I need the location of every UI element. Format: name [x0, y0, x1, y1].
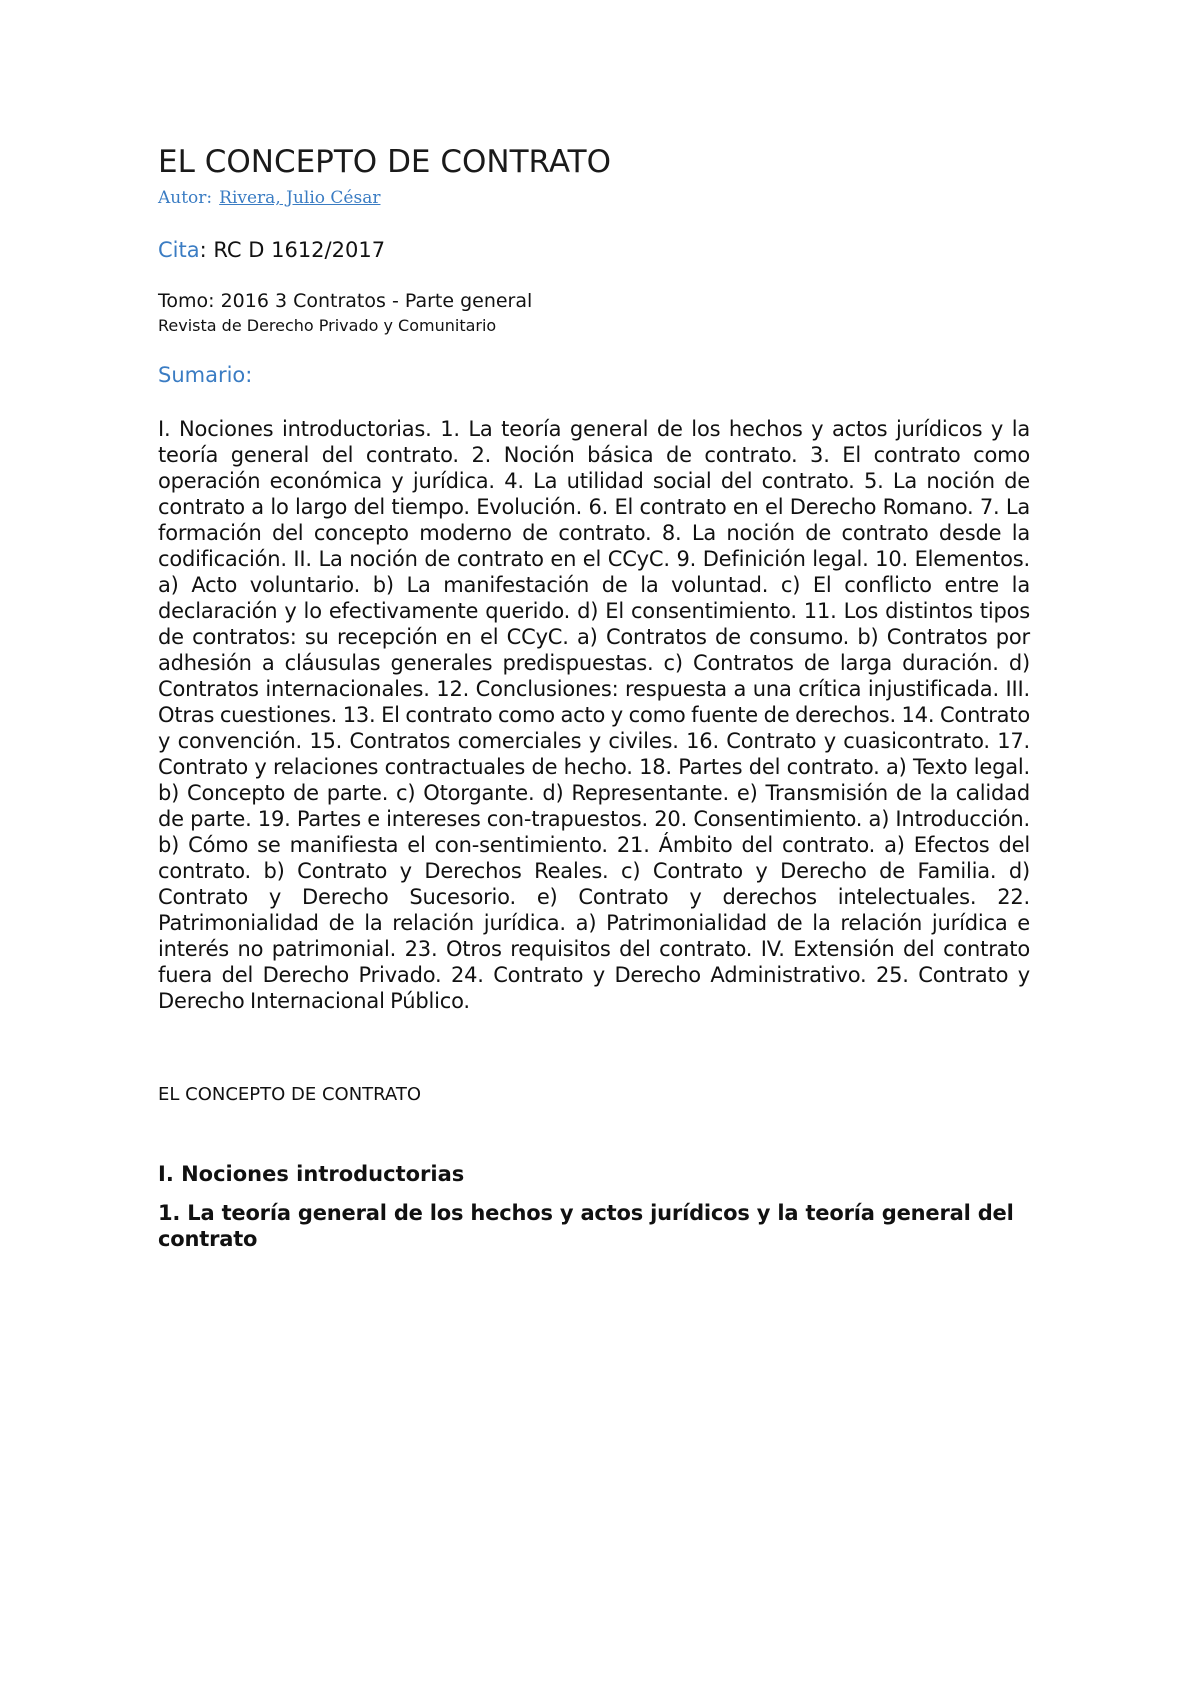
journal-line: Revista de Derecho Privado y Comunitario: [158, 314, 1030, 338]
document-page: EL CONCEPTO DE CONTRATO Autor:Rivera, Ju…: [158, 140, 1030, 1252]
citation-label: Cita: [158, 238, 200, 262]
author-link[interactable]: Rivera, Julio César: [219, 188, 380, 208]
citation-line: Cita: RC D 1612/2017: [158, 236, 1030, 264]
author-line: Autor:Rivera, Julio César: [158, 186, 1030, 210]
volume-line: Tomo: 2016 3 Contratos - Parte general: [158, 288, 1030, 314]
document-title: EL CONCEPTO DE CONTRATO: [158, 140, 1030, 184]
section-title: EL CONCEPTO DE CONTRATO: [158, 1082, 1030, 1108]
heading-teoria-general: 1. La teoría general de los hechos y act…: [158, 1200, 1030, 1252]
summary-body: I. Nociones introductorias. 1. La teoría…: [158, 416, 1030, 1014]
citation-separator: :: [200, 238, 214, 262]
heading-nociones-introductorias: I. Nociones introductorias: [158, 1160, 1030, 1188]
summary-heading: Sumario:: [158, 360, 1030, 390]
author-label: Autor:: [158, 188, 212, 208]
citation-value: RC D 1612/2017: [213, 238, 385, 262]
